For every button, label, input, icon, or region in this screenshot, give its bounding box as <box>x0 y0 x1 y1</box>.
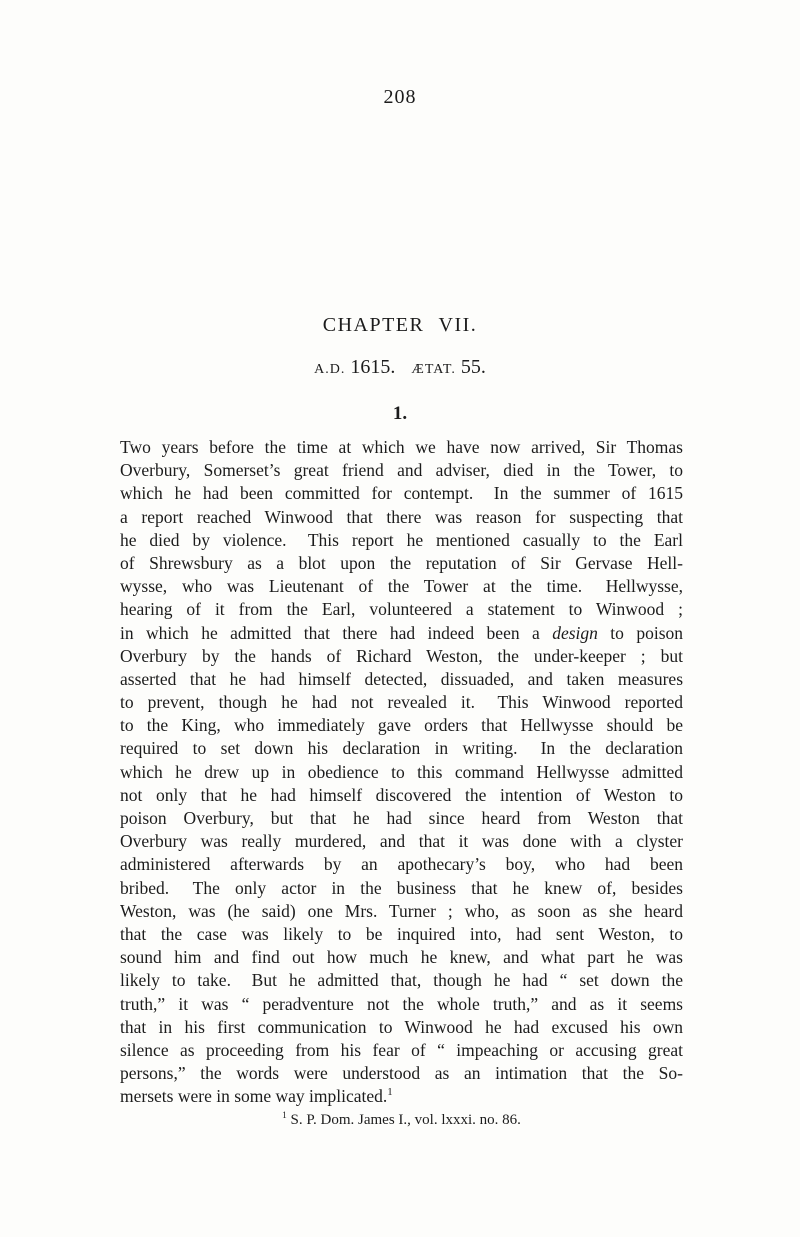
text-segment: to poison <box>598 623 683 643</box>
text-line: truth,” it was “ peradventure not the wh… <box>120 993 683 1016</box>
text-line: required to set down his declaration in … <box>120 737 683 760</box>
text-line: which he had been committed for contempt… <box>120 482 683 505</box>
text-line: that in his first communication to Winwo… <box>120 1016 683 1039</box>
era-label: A.D. <box>314 362 345 377</box>
year-value: 1615. <box>350 356 395 378</box>
chapter-heading: CHAPTER VII. <box>0 314 800 337</box>
text-line: Weston, was (he said) one Mrs. Turner ; … <box>120 900 683 923</box>
text-line: which he drew up in obedience to this co… <box>120 761 683 784</box>
text-line: in which he admitted that there had inde… <box>120 622 683 645</box>
aetat-label: ÆTAT. <box>411 362 455 377</box>
text-line: silence as proceeding from his fear of “… <box>120 1039 683 1062</box>
text-line: Overbury by the hands of Richard Weston,… <box>120 645 683 668</box>
text-line: poison Overbury, but that he had since h… <box>120 807 683 830</box>
text-line: he died by violence. This report he ment… <box>120 529 683 552</box>
paragraph: Two years before the time at which we ha… <box>120 436 683 1108</box>
book-page: 208 CHAPTER VII. A.D. 1615.ÆTAT. 55. 1. … <box>0 0 800 1237</box>
text-segment: mersets were in some way implicated. <box>120 1086 387 1106</box>
section-number: 1. <box>0 403 800 425</box>
text-line: bribed. The only actor in the business t… <box>120 877 683 900</box>
footnote-text: S. P. Dom. James I., vol. lxxxi. no. 86. <box>287 1112 521 1128</box>
italic-word: design <box>552 623 598 643</box>
text-line: persons,” the words were understood as a… <box>120 1062 683 1085</box>
text-line: Overbury was really murdered, and that i… <box>120 830 683 853</box>
footnote: 1 S. P. Dom. James I., vol. lxxxi. no. 8… <box>120 1112 683 1129</box>
text-line: asserted that he had himself detected, d… <box>120 668 683 691</box>
text-line: administered afterwards by an apothecary… <box>120 853 683 876</box>
text-line: to prevent, though he had not revealed i… <box>120 691 683 714</box>
text-line: not only that he had himself discovered … <box>120 784 683 807</box>
text-line: likely to take. But he admitted that, th… <box>120 969 683 992</box>
date-line: A.D. 1615.ÆTAT. 55. <box>0 356 800 379</box>
text-segment: in which he admitted that there had inde… <box>120 623 552 643</box>
page-number: 208 <box>0 86 800 109</box>
text-line: wysse, who was Lieutenant of the Tower a… <box>120 575 683 598</box>
text-line: hearing of it from the Earl, volunteered… <box>120 598 683 621</box>
text-line: Overbury, Somerset’s great friend and ad… <box>120 459 683 482</box>
text-line: that the case was likely to be inquired … <box>120 923 683 946</box>
text-line: sound him and find out how much he knew,… <box>120 946 683 969</box>
text-line: to the King, who immediately gave orders… <box>120 714 683 737</box>
age-value: 55. <box>461 356 486 378</box>
text-line: Two years before the time at which we ha… <box>120 436 683 459</box>
text-line: a report reached Winwood that there was … <box>120 506 683 529</box>
text-line: mersets were in some way implicated.1 <box>120 1085 683 1108</box>
text-line: of Shrewsbury as a blot upon the reputat… <box>120 552 683 575</box>
footnote-reference-marker: 1 <box>387 1086 392 1098</box>
